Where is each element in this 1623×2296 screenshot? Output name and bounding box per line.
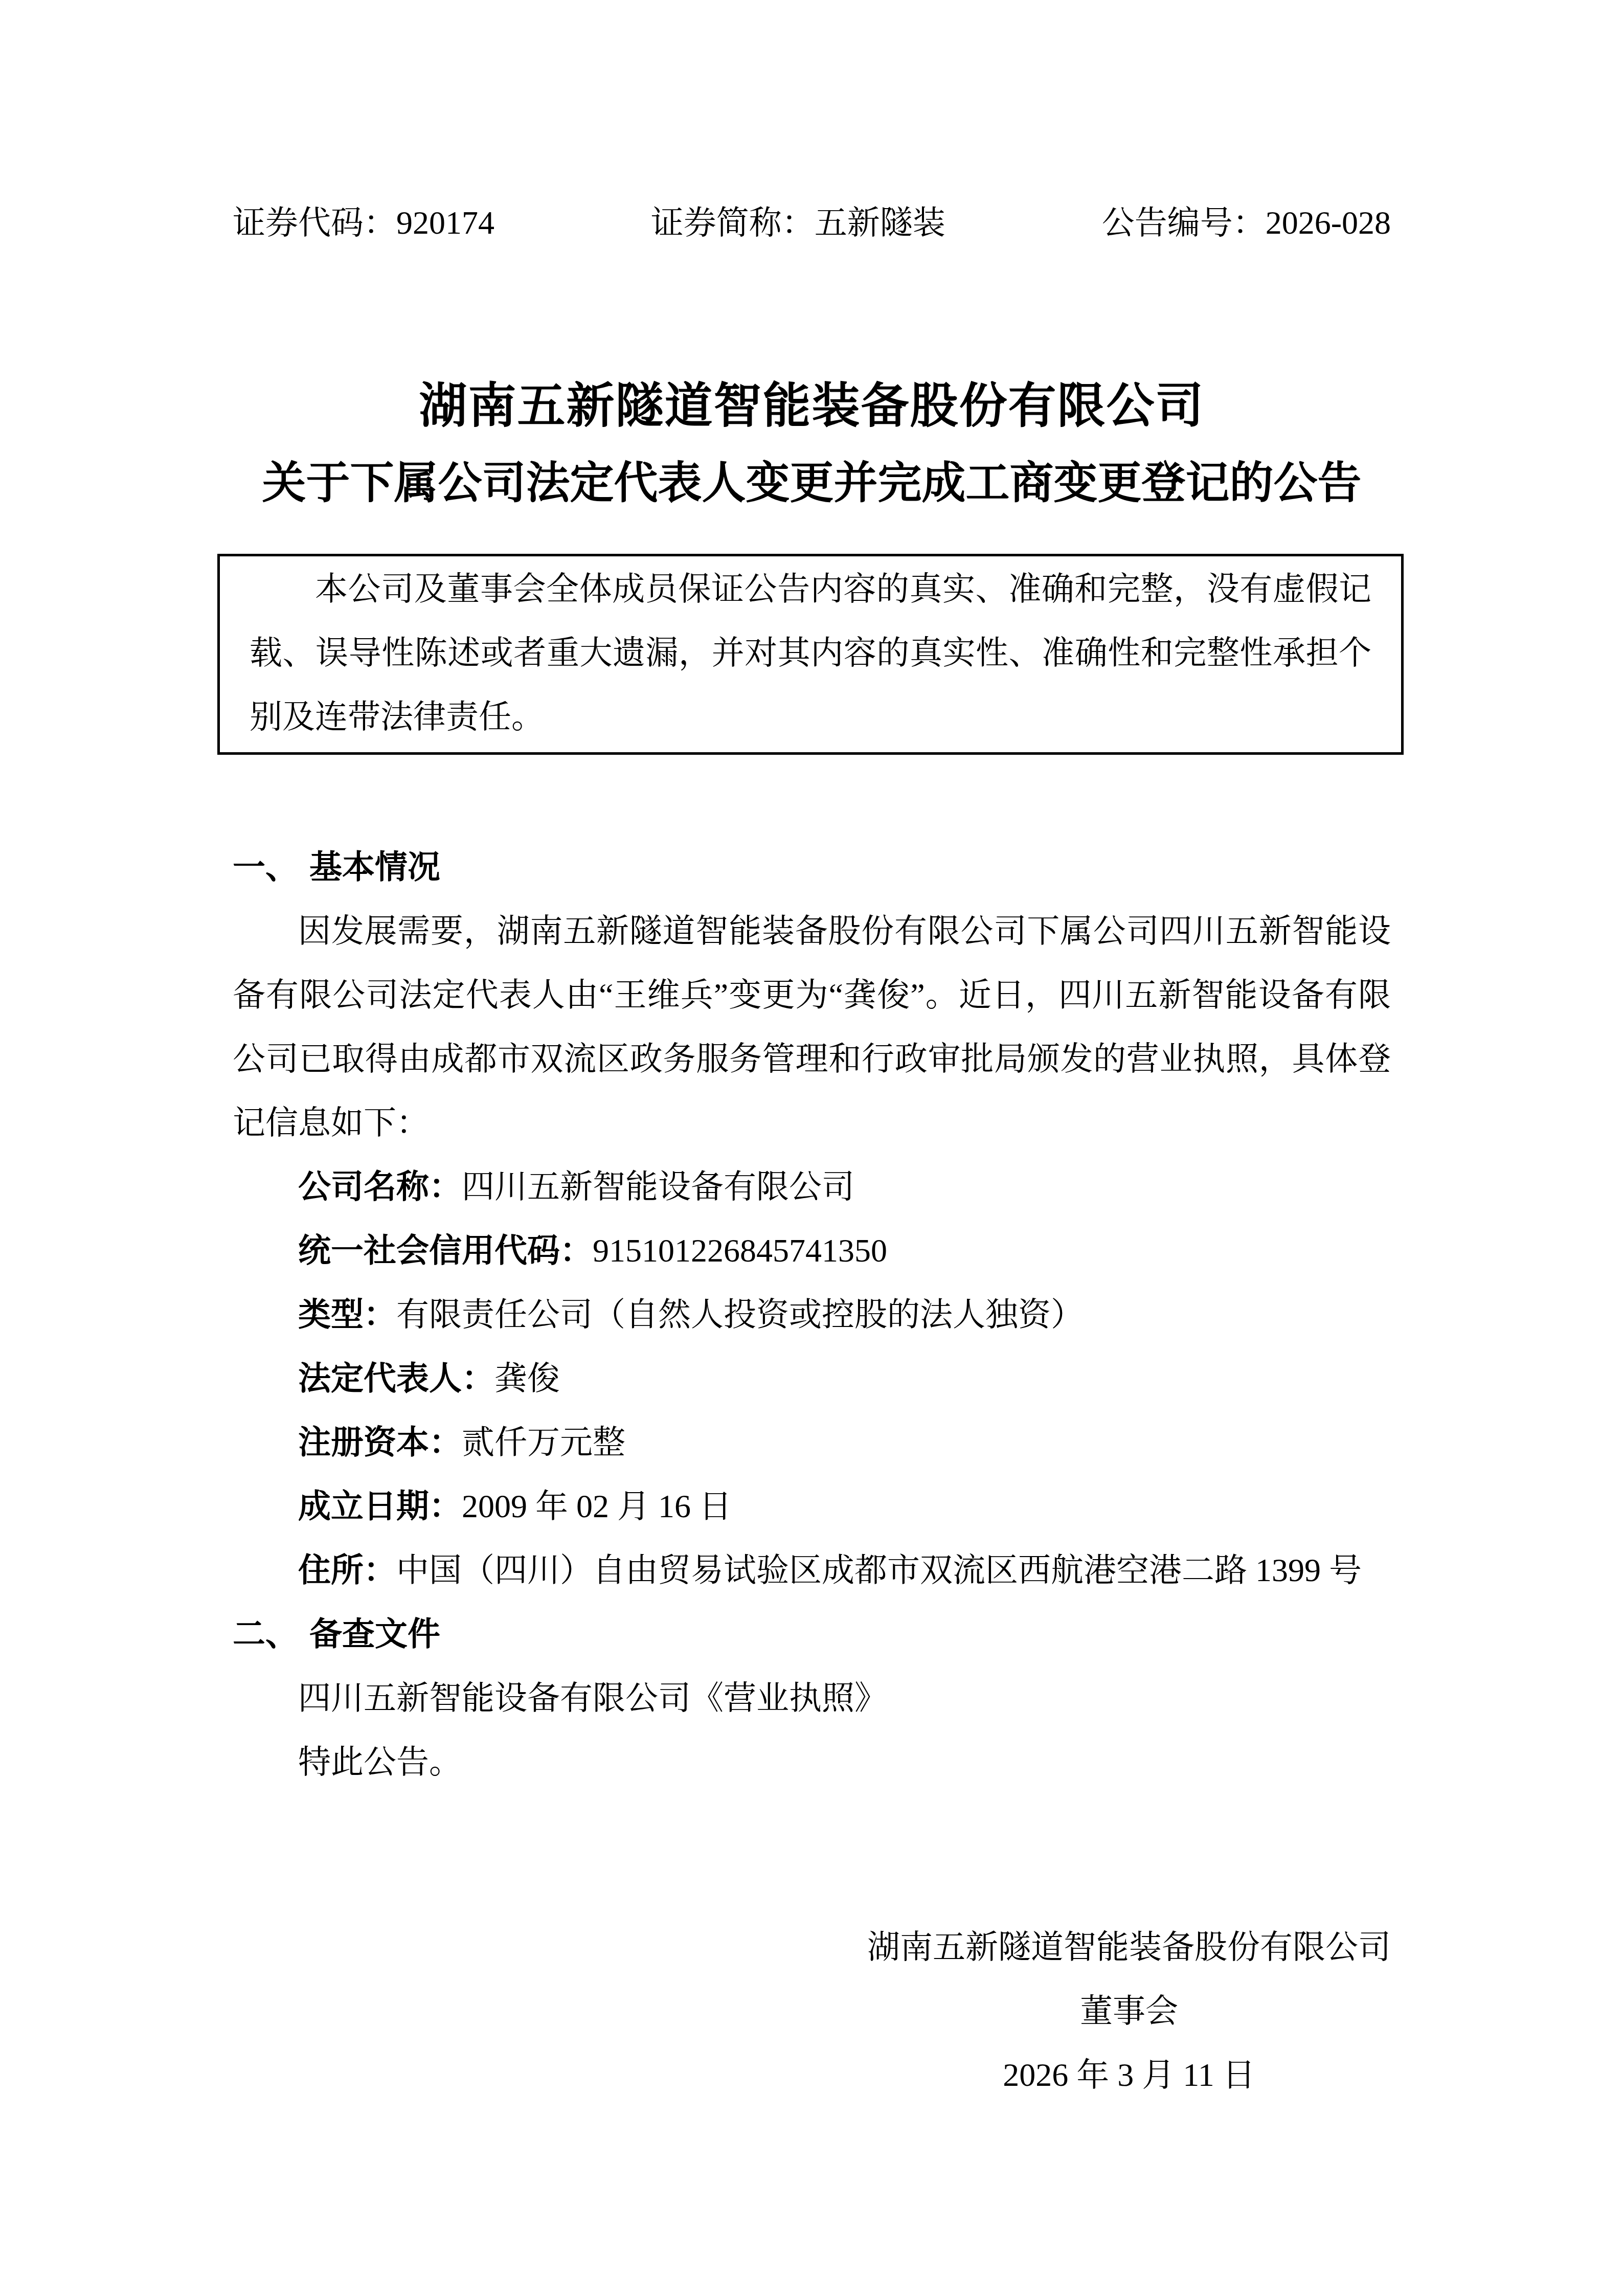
announcement-number: 公告编号：2026-028 bbox=[1102, 205, 1391, 241]
field-value: 四川五新智能设备有限公司 bbox=[462, 1168, 854, 1205]
field-value: 915101226845741350 bbox=[593, 1232, 887, 1269]
section-1-heading: 一、基本情况 bbox=[233, 835, 1391, 899]
field-value: 中国（四川）自由贸易试验区成都市双流区西航港空港二路 1399 号 bbox=[396, 1552, 1362, 1588]
field-row-company-name: 公司名称：四川五新智能设备有限公司 bbox=[233, 1155, 1391, 1219]
disclaimer-box: 本公司及董事会全体成员保证公告内容的真实、准确和完整，没有虚假记载、误导性陈述或… bbox=[217, 554, 1404, 755]
field-row-credit-code: 统一社会信用代码：915101226845741350 bbox=[233, 1219, 1391, 1282]
section-1-number: 一、 bbox=[233, 835, 298, 899]
stock-short-name: 证券简称：五新隧装 bbox=[651, 205, 945, 241]
field-row-legal-representative: 法定代表人：龚俊 bbox=[233, 1346, 1391, 1410]
section-1-heading-text: 基本情况 bbox=[309, 848, 440, 885]
disclaimer-text: 本公司及董事会全体成员保证公告内容的真实、准确和完整，没有虚假记载、误导性陈述或… bbox=[250, 571, 1371, 735]
field-row-registered-capital: 注册资本：贰仟万元整 bbox=[233, 1410, 1391, 1474]
field-value: 贰仟万元整 bbox=[462, 1424, 625, 1460]
signature-company: 湖南五新隧道智能装备股份有限公司 bbox=[867, 1915, 1391, 1979]
field-value: 2009 年 02 月 16 日 bbox=[462, 1488, 732, 1524]
signature-board: 董事会 bbox=[867, 1979, 1391, 2043]
securities-header-row: 证券代码：920174 证券简称：五新隧装 公告编号：2026-028 bbox=[233, 205, 1391, 241]
reference-document: 四川五新智能设备有限公司《营业执照》 bbox=[233, 1666, 1391, 1730]
field-label: 法定代表人： bbox=[298, 1360, 494, 1397]
stock-code: 证券代码：920174 bbox=[233, 205, 494, 241]
section-2-number: 二、 bbox=[233, 1602, 298, 1666]
announcement-title: 关于下属公司法定代表人变更并完成工商变更登记的公告 bbox=[233, 459, 1391, 508]
section-2-heading: 二、备查文件 bbox=[233, 1602, 1391, 1666]
field-label: 统一社会信用代码： bbox=[298, 1232, 593, 1269]
section-1-body: 因发展需要，湖南五新隧道智能装备股份有限公司下属公司四川五新智能设备有限公司法定… bbox=[233, 899, 1391, 1794]
field-label: 成立日期： bbox=[298, 1488, 462, 1524]
page-content: 证券代码：920174 证券简称：五新隧装 公告编号：2026-028 湖南五新… bbox=[233, 0, 1391, 2107]
field-value: 龚俊 bbox=[494, 1360, 560, 1397]
field-row-company-type: 类型：有限责任公司（自然人投资或控股的法人独资） bbox=[233, 1282, 1391, 1346]
field-label: 注册资本： bbox=[298, 1424, 462, 1460]
company-title: 湖南五新隧道智能装备股份有限公司 bbox=[233, 380, 1391, 433]
closing-statement: 特此公告。 bbox=[233, 1730, 1391, 1794]
field-label: 类型： bbox=[298, 1296, 396, 1333]
section-1-paragraph: 因发展需要，湖南五新隧道智能装备股份有限公司下属公司四川五新智能设备有限公司法定… bbox=[233, 899, 1391, 1155]
signature-block: 湖南五新隧道智能装备股份有限公司 董事会 2026 年 3 月 11 日 bbox=[867, 1915, 1391, 2107]
announcement-page: 证券代码：920174 证券简称：五新隧装 公告编号：2026-028 湖南五新… bbox=[0, 0, 1623, 2296]
section-2-heading-text: 备查文件 bbox=[309, 1615, 440, 1652]
field-value: 有限责任公司（自然人投资或控股的法人独资） bbox=[396, 1296, 1084, 1333]
field-row-establishment-date: 成立日期：2009 年 02 月 16 日 bbox=[233, 1474, 1391, 1538]
signature-date: 2026 年 3 月 11 日 bbox=[867, 2043, 1391, 2107]
field-label: 公司名称： bbox=[298, 1168, 462, 1205]
field-label: 住所： bbox=[298, 1551, 396, 1588]
field-row-address: 住所：中国（四川）自由贸易试验区成都市双流区西航港空港二路 1399 号 bbox=[233, 1538, 1391, 1602]
